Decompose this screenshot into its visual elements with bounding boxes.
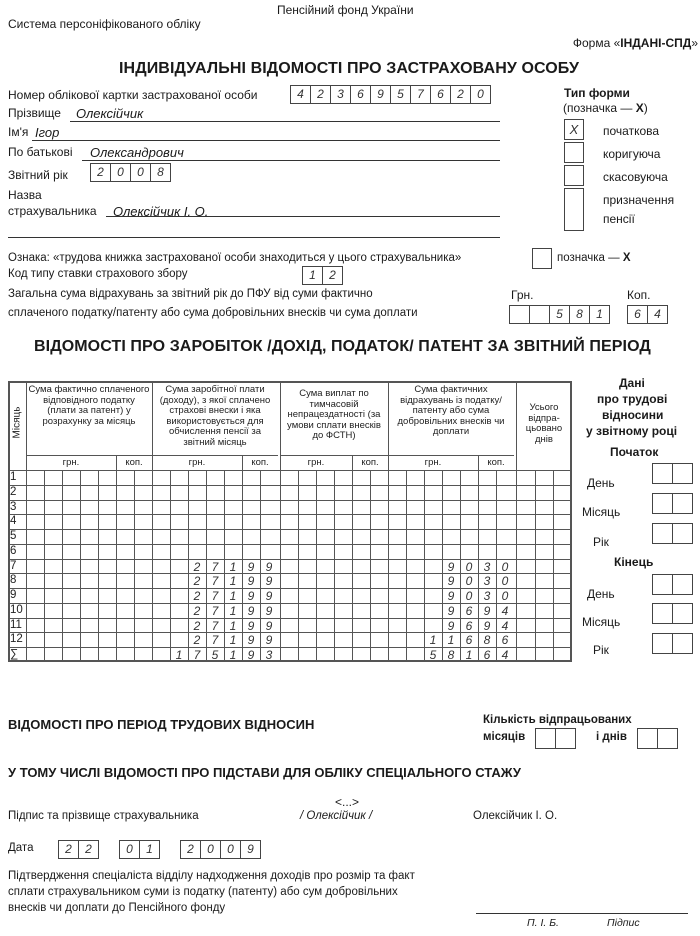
signature-label: Підпис та прізвище страхувальника [8, 810, 199, 822]
table-digit: 6 [460, 604, 478, 619]
table-digit: 9 [260, 560, 278, 575]
grid-line [516, 381, 517, 662]
digit-cell[interactable]: 7 [410, 85, 431, 104]
table-digit: 1 [224, 648, 242, 663]
name-line [32, 140, 500, 141]
table-digit: 9 [242, 574, 260, 589]
digit-cell[interactable]: 6 [350, 85, 371, 104]
patronymic-line [82, 160, 500, 161]
grid-line [280, 381, 281, 662]
table-digit: 1 [442, 633, 460, 648]
total-uah-field[interactable]: 581 [509, 305, 610, 324]
digit-cell[interactable] [529, 305, 550, 324]
month-row-label: 10 [10, 604, 26, 619]
table-digit: 7 [206, 619, 224, 634]
start-year-label: Рік [593, 535, 609, 549]
end-month-label: Місяць [582, 615, 620, 629]
worked-count-label: Кількість відпрацьованих [483, 714, 632, 726]
table-digit: 2 [188, 633, 206, 648]
digit-cell[interactable]: 2 [78, 840, 99, 859]
end-month-field[interactable] [652, 603, 693, 624]
grid-line [8, 470, 572, 471]
table-digit: 7 [206, 633, 224, 648]
table-digit: 6 [478, 648, 496, 663]
digit-cell[interactable]: 1 [139, 840, 160, 859]
month-column-header: Місяць [12, 402, 23, 444]
earnings-table: МісяцьСума фактично сплаченого відповідн… [8, 381, 572, 662]
table-digit: 7 [206, 604, 224, 619]
surname-line [70, 121, 500, 122]
digit-cell[interactable]: 2 [180, 840, 201, 859]
end-day-label: День [587, 587, 615, 601]
digit-cell[interactable]: 1 [302, 266, 323, 285]
form-code: Форма «ІНДАНІ-СПД» [573, 36, 698, 50]
form-code-prefix: Форма « [573, 36, 620, 50]
table-digit: 1 [224, 633, 242, 648]
digit-cell[interactable]: 2 [322, 266, 343, 285]
table-digit: 1 [224, 619, 242, 634]
year-label: Звітний рік [8, 168, 68, 182]
grid-line [8, 381, 572, 383]
grid-line [388, 381, 389, 662]
kop-subheader: коп. [242, 458, 278, 470]
kop-subheader: коп. [352, 458, 388, 470]
form-type-title: Тип форми [564, 86, 630, 100]
digit-cell[interactable]: 9 [240, 840, 261, 859]
surname-value[interactable]: Олексійчик [76, 106, 143, 121]
grid-line [280, 455, 388, 456]
table-digit: 0 [460, 574, 478, 589]
digit-cell[interactable]: 8 [150, 163, 171, 182]
table-digit: 9 [242, 604, 260, 619]
form-type-pension-checkbox[interactable] [564, 188, 584, 231]
grid-line [152, 381, 153, 662]
table-digit: 6 [460, 633, 478, 648]
table-digit: 0 [496, 560, 514, 575]
table-digit: 5 [424, 648, 442, 663]
confirm-signature-line [476, 913, 688, 914]
digit-cell[interactable]: 2 [450, 85, 471, 104]
page-title: ІНДИВІДУАЛЬНІ ВІДОМОСТІ ПРО ЗАСТРАХОВАНУ… [119, 60, 579, 78]
month-row-label: 2 [10, 486, 26, 501]
employment-title-2: про трудові [597, 392, 667, 406]
table-digit: 1 [424, 633, 442, 648]
employment-title-3: відносини [602, 408, 663, 422]
form-code-suffix: » [691, 36, 698, 50]
digit-cell[interactable]: 9 [370, 85, 391, 104]
date-day-field[interactable]: 22 [58, 840, 99, 859]
card-number-field[interactable]: 4236957620 [290, 85, 491, 104]
form-type-cancel-checkbox[interactable] [564, 165, 584, 186]
table-digit: 9 [478, 619, 496, 634]
total-label-2: сплаченого податку/патенту або сума добр… [8, 307, 418, 319]
table-digit: 9 [242, 589, 260, 604]
table-digit: 1 [170, 648, 188, 663]
pib-label: П. І. Б. [527, 917, 559, 929]
end-year-label: Рік [593, 643, 609, 657]
start-month-label: Місяць [582, 505, 620, 519]
uah-subheader: грн. [152, 458, 242, 470]
digit-cell[interactable]: 4 [647, 305, 668, 324]
grid-line [8, 485, 572, 486]
months-label: місяців [483, 731, 525, 743]
table-digit: 2 [188, 560, 206, 575]
patronymic-label: По батькові [8, 145, 73, 159]
table-digit: 1 [460, 648, 478, 663]
uah-subheader: грн. [26, 458, 116, 470]
table-digit: 3 [478, 560, 496, 575]
form-type-initial-label: початкова [603, 124, 659, 138]
table-digit: 7 [206, 589, 224, 604]
report-year-field[interactable]: 2008 [90, 163, 171, 182]
hint-prefix: (позначка — [563, 101, 636, 115]
month-row-label: 6 [10, 545, 26, 560]
table-digit: 1 [224, 574, 242, 589]
table-digit: 9 [242, 560, 260, 575]
column-header-3: Сума виплат по тимчасовій непрацездатнос… [282, 389, 386, 455]
workbook-mark-symbol: X [623, 252, 631, 264]
name-label: Ім'я [8, 125, 28, 139]
table-digit: 9 [260, 619, 278, 634]
grid-line [388, 455, 514, 456]
digit-cell[interactable] [509, 305, 530, 324]
column-header-days: Усього відпра-цьовано днів [518, 403, 570, 453]
table-digit: 9 [242, 648, 260, 663]
kop-subheader: коп. [116, 458, 152, 470]
table-digit: 9 [242, 619, 260, 634]
employment-title-4: у звітному році [586, 424, 677, 438]
table-digit: 9 [260, 589, 278, 604]
system-name: Система персоніфікованого обліку [8, 17, 201, 31]
kop-subheader: коп. [478, 458, 514, 470]
month-row-label: 3 [10, 501, 26, 516]
workbook-label: Ознака: «трудова книжка застрахованої ос… [8, 252, 461, 264]
column-header-1: Сума фактично сплаченого відповідного по… [28, 385, 150, 451]
days-label: і днів [596, 731, 627, 743]
digit-cell[interactable]: 8 [569, 305, 590, 324]
form-type-corrective-checkbox[interactable] [564, 142, 584, 163]
grid-line [152, 455, 278, 456]
confirm-text-2: сплати страхувальником суми із податку (… [8, 886, 398, 898]
total-kop-label: Коп. [627, 288, 651, 302]
table-digit: 5 [206, 648, 224, 663]
total-kop-field[interactable]: 64 [627, 305, 668, 324]
table-digit: 8 [478, 633, 496, 648]
table-digit: 2 [188, 589, 206, 604]
digit-cell[interactable]: 0 [119, 840, 140, 859]
total-uah-label: Грн. [511, 288, 533, 302]
start-year-field[interactable] [652, 523, 693, 544]
worked-months-field[interactable] [535, 728, 576, 749]
date-year-field[interactable]: 2009 [180, 840, 261, 859]
table-digit: 9 [242, 633, 260, 648]
uah-subheader: грн. [280, 458, 352, 470]
table-digit: 9 [260, 633, 278, 648]
table-digit: 4 [496, 648, 514, 663]
table-digit: 4 [496, 619, 514, 634]
table-digit: 6 [496, 633, 514, 648]
column-header-4: Сума фактичних відрахувань із податку/ п… [390, 385, 512, 451]
earnings-title: ВІДОМОСТІ ПРО ЗАРОБІТОК /ДОХІД, ПОДАТОК/… [34, 338, 651, 356]
form-type-pension-label-2: пенсії [603, 212, 635, 226]
table-digit: 9 [442, 619, 460, 634]
confirm-text-3: внесків чи доплати до Пенсійного фонду [8, 902, 225, 914]
start-day-label: День [587, 476, 615, 490]
end-day-field[interactable] [652, 574, 693, 595]
insurer-label-2: страхувальника [8, 204, 97, 218]
grid-line [570, 381, 572, 662]
table-digit: 3 [478, 589, 496, 604]
table-digit: 9 [442, 604, 460, 619]
month-row-label: 11 [10, 619, 26, 634]
start-day-field[interactable] [652, 463, 693, 484]
table-digit: 8 [442, 648, 460, 663]
table-digit: 6 [460, 619, 478, 634]
table-digit: 9 [260, 574, 278, 589]
table-digit: 1 [224, 560, 242, 575]
digit-cell[interactable]: 2 [90, 163, 111, 182]
special-title: У ТОМУ ЧИСЛІ ВІДОМОСТІ ПРО ПІДСТАВИ ДЛЯ … [8, 765, 521, 780]
month-row-label: 9 [10, 589, 26, 604]
name-value[interactable]: Ігор [35, 125, 59, 140]
table-digit: 2 [188, 604, 206, 619]
digit-cell[interactable]: 5 [549, 305, 570, 324]
table-digit: 0 [496, 574, 514, 589]
form-type-pension-label-1: призначення [603, 193, 674, 207]
workbook-mark-label: позначка — [557, 252, 623, 264]
digit-cell[interactable]: 2 [58, 840, 79, 859]
org-name: Пенсійний фонд України [277, 3, 414, 17]
form-type-corrective-label: коригуюча [603, 147, 660, 161]
employment-title-1: Дані [619, 376, 645, 390]
month-row-label: ∑ [10, 648, 26, 663]
form-type-cancel-label: скасовуюча [603, 170, 668, 184]
signer-name: Олексійчик І. О. [473, 810, 557, 822]
table-digit: 9 [442, 589, 460, 604]
form-code-name: ІНДАНІ-СПД [620, 36, 691, 50]
table-digit: 0 [460, 589, 478, 604]
table-digit: 9 [478, 604, 496, 619]
date-label: Дата [8, 842, 33, 854]
employment-start-title: Початок [610, 445, 658, 459]
month-row-label: 5 [10, 530, 26, 545]
table-digit: 2 [188, 619, 206, 634]
digit-cell[interactable]: 1 [589, 305, 610, 324]
grid-line [26, 455, 152, 456]
digit-cell[interactable]: 0 [110, 163, 131, 182]
insurer-line [106, 216, 500, 217]
table-digit: 0 [460, 560, 478, 575]
table-digit: 0 [496, 589, 514, 604]
digit-cell[interactable]: 6 [430, 85, 451, 104]
digit-cell[interactable]: 3 [330, 85, 351, 104]
table-digit: 9 [442, 574, 460, 589]
date-month-field[interactable]: 01 [119, 840, 160, 859]
digit-cell[interactable]: 4 [290, 85, 311, 104]
period-title: ВІДОМОСТІ ПРО ПЕРІОД ТРУДОВИХ ВІДНОСИН [8, 717, 314, 732]
digit-cell[interactable]: 6 [627, 305, 648, 324]
table-digit: 7 [206, 560, 224, 575]
digit-cell[interactable]: 2 [310, 85, 331, 104]
workbook-mark-hint: позначка — X [557, 252, 631, 264]
table-digit: 4 [496, 604, 514, 619]
month-row-label: 7 [10, 560, 26, 575]
form-type-initial-checkbox[interactable]: X [564, 119, 584, 140]
rate-code-label: Код типу ставки страхового збору [8, 268, 188, 280]
month-row-label: 8 [10, 574, 26, 589]
uah-subheader: грн. [388, 458, 478, 470]
month-row-label: 12 [10, 633, 26, 648]
table-digit: 1 [224, 604, 242, 619]
workbook-checkbox[interactable] [532, 248, 552, 269]
table-digit: 1 [224, 589, 242, 604]
digit-cell[interactable]: 0 [220, 840, 241, 859]
signature-placeholder: <...> [335, 795, 359, 809]
table-digit: 3 [478, 574, 496, 589]
total-label-1: Загальна сума відрахувань за звітний рік… [8, 288, 373, 300]
grid-line [8, 500, 572, 501]
rate-code-field[interactable]: 12 [302, 266, 343, 285]
digit-cell[interactable]: 0 [130, 163, 151, 182]
table-digit: 3 [260, 648, 278, 663]
sign-label: Підпис [607, 917, 640, 929]
digit-cell[interactable]: 0 [470, 85, 491, 104]
table-digit: 9 [442, 560, 460, 575]
month-row-label: 1 [10, 471, 26, 486]
insurer-line-2 [8, 237, 500, 238]
end-year-field[interactable] [652, 633, 693, 654]
table-digit: 7 [188, 648, 206, 663]
patronymic-value[interactable]: Олександрович [90, 145, 184, 160]
hint-suffix: ) [644, 101, 648, 115]
grid-line [8, 544, 572, 545]
digit-cell[interactable]: 5 [390, 85, 411, 104]
table-digit: 7 [206, 574, 224, 589]
month-row-label: 4 [10, 515, 26, 530]
digit-cell[interactable]: 0 [200, 840, 221, 859]
employment-end-title: Кінець [614, 555, 653, 569]
form-type-hint: (позначка — X) [563, 101, 648, 115]
table-digit: 2 [188, 574, 206, 589]
hint-mark: X [636, 101, 644, 115]
start-month-field[interactable] [652, 493, 693, 514]
signature-value[interactable]: / Олексійчик / [300, 810, 372, 822]
table-digit: 9 [260, 604, 278, 619]
insurer-label-1: Назва [8, 188, 42, 202]
worked-days-field[interactable] [637, 728, 678, 749]
grid-line [26, 381, 27, 662]
grid-line [8, 529, 572, 530]
surname-label: Прізвище [8, 106, 61, 120]
column-header-2: Сума заробітної плати (доходу), з якої с… [154, 385, 276, 451]
card-number-label: Номер облікової картки застрахованої осо… [8, 88, 257, 102]
confirm-text-1: Підтвердження спеціаліста відділу надход… [8, 870, 415, 882]
grid-line [8, 514, 572, 515]
